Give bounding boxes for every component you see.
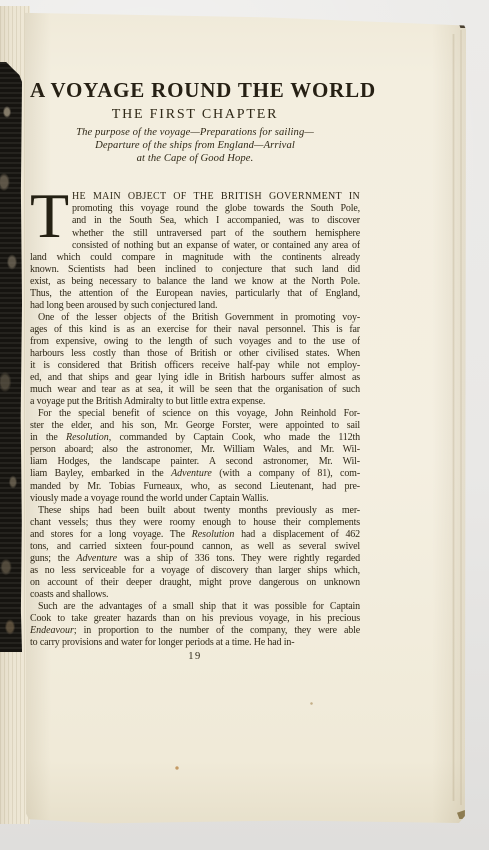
text-line: chant vessels; thus they were roomy enou… <box>30 517 360 529</box>
foxing-spot <box>310 702 313 705</box>
text-line: guns; the Adventure was a ship of 336 to… <box>30 553 360 565</box>
summary-line: at the Cape of Good Hope. <box>30 153 360 166</box>
cover-corner-top <box>459 23 466 28</box>
text-line: coasts and shallows. <box>30 589 360 601</box>
text-line: exist, as being necessary to balance the… <box>30 276 360 288</box>
text-line: on account of their deeper draught, migh… <box>30 577 360 589</box>
text-line: had long been aroused by such conjecture… <box>30 300 360 312</box>
text-line: and stores for a long voyage. The Resolu… <box>30 529 360 541</box>
text-line: and in the South Sea, which I accompanie… <box>72 215 360 227</box>
chapter-summary: The purpose of the voyage—Preparations f… <box>30 127 360 165</box>
text-line: Such are the advantages of a small ship … <box>30 601 360 613</box>
text-line: liam Hodges, the landscape painter. A se… <box>30 456 360 468</box>
text-line: ages of this kind is as an exercise for … <box>30 324 360 336</box>
text-line: as no less serviceable for a voyage of d… <box>30 565 360 577</box>
book-title: A VOYAGE ROUND THE WORLD <box>30 78 360 102</box>
text-line: Thus, the attention of the European navi… <box>30 288 360 300</box>
fore-edge-line <box>460 30 462 804</box>
paragraph: THE MAIN OBJECT OF THE BRITISH GOVERNMEN… <box>30 191 360 311</box>
book-photo: A VOYAGE ROUND THE WORLD THE FIRST CHAPT… <box>0 0 489 850</box>
book-page: A VOYAGE ROUND THE WORLD THE FIRST CHAPT… <box>25 10 466 825</box>
fore-edge-crease <box>452 34 455 800</box>
text-line: harbours less costly than those of Briti… <box>30 348 360 360</box>
summary-line: The purpose of the voyage—Preparations f… <box>30 127 360 140</box>
cover-corner-bottom <box>457 810 465 819</box>
text-line: land which could compare in magnitude wi… <box>30 252 360 264</box>
paragraph: For the special benefit of science on th… <box>30 408 360 504</box>
paragraph: Such are the advantages of a small ship … <box>30 601 360 649</box>
text-line: HE MAIN OBJECT OF THE BRITISH GOVERNMENT… <box>72 191 360 203</box>
text-line: promoting this voyage round the globe to… <box>72 203 360 215</box>
text-line: Endeavour; in proportion to the number o… <box>30 625 360 637</box>
text-line: ster the elder, and his son, Mr. George … <box>30 420 360 432</box>
text-line: it is considered that British officers r… <box>30 360 360 372</box>
text-line: Cook to take greater hazards than on his… <box>30 613 360 625</box>
text-line: to carry provisions and water for longer… <box>30 637 360 649</box>
summary-line: Departure of the ships from England—Arri… <box>30 140 360 153</box>
chapter-heading: THE FIRST CHAPTER <box>30 107 360 122</box>
paragraph: These ships had been built about twenty … <box>30 505 360 601</box>
text-line: For the special benefit of science on th… <box>30 408 360 420</box>
text-line: One of the lesser objects of the British… <box>30 312 360 324</box>
text-line: manded by Mr. Tobias Furneaux, who, as s… <box>30 481 360 493</box>
foxing-spot <box>175 766 179 770</box>
text-line: tons, and carried sixteen four-pound can… <box>30 541 360 553</box>
body-text: THE MAIN OBJECT OF THE BRITISH GOVERNMEN… <box>30 191 360 649</box>
text-line: much wear and tear as at sea, it will be… <box>30 384 360 396</box>
text-line: whether the still untraversed part of th… <box>72 228 360 240</box>
text-line: known. Scientists had been inclined to c… <box>30 264 360 276</box>
text-line: in the Resolution, commanded by Captain … <box>30 432 360 444</box>
facing-page-engraving <box>0 62 22 652</box>
text-line: from expensive, owing to the length of s… <box>30 336 360 348</box>
text-line: consisted of nothing but an expanse of w… <box>72 240 360 252</box>
drop-cap: T <box>30 192 70 240</box>
text-line: a voyage put the British Admiralty to bu… <box>30 396 360 408</box>
text-line: These ships had been built about twenty … <box>30 505 360 517</box>
page-content: A VOYAGE ROUND THE WORLD THE FIRST CHAPT… <box>30 10 360 663</box>
text-line: ed, and that ships and gear lying idle i… <box>30 372 360 384</box>
text-line: viously made a voyage round the world un… <box>30 493 360 505</box>
text-line: person aboard; also the astronomer, Mr. … <box>30 444 360 456</box>
paragraph: One of the lesser objects of the British… <box>30 312 360 408</box>
text-line: liam Bayley, embarked in the Adventure (… <box>30 468 360 480</box>
page-number: 19 <box>30 651 360 663</box>
